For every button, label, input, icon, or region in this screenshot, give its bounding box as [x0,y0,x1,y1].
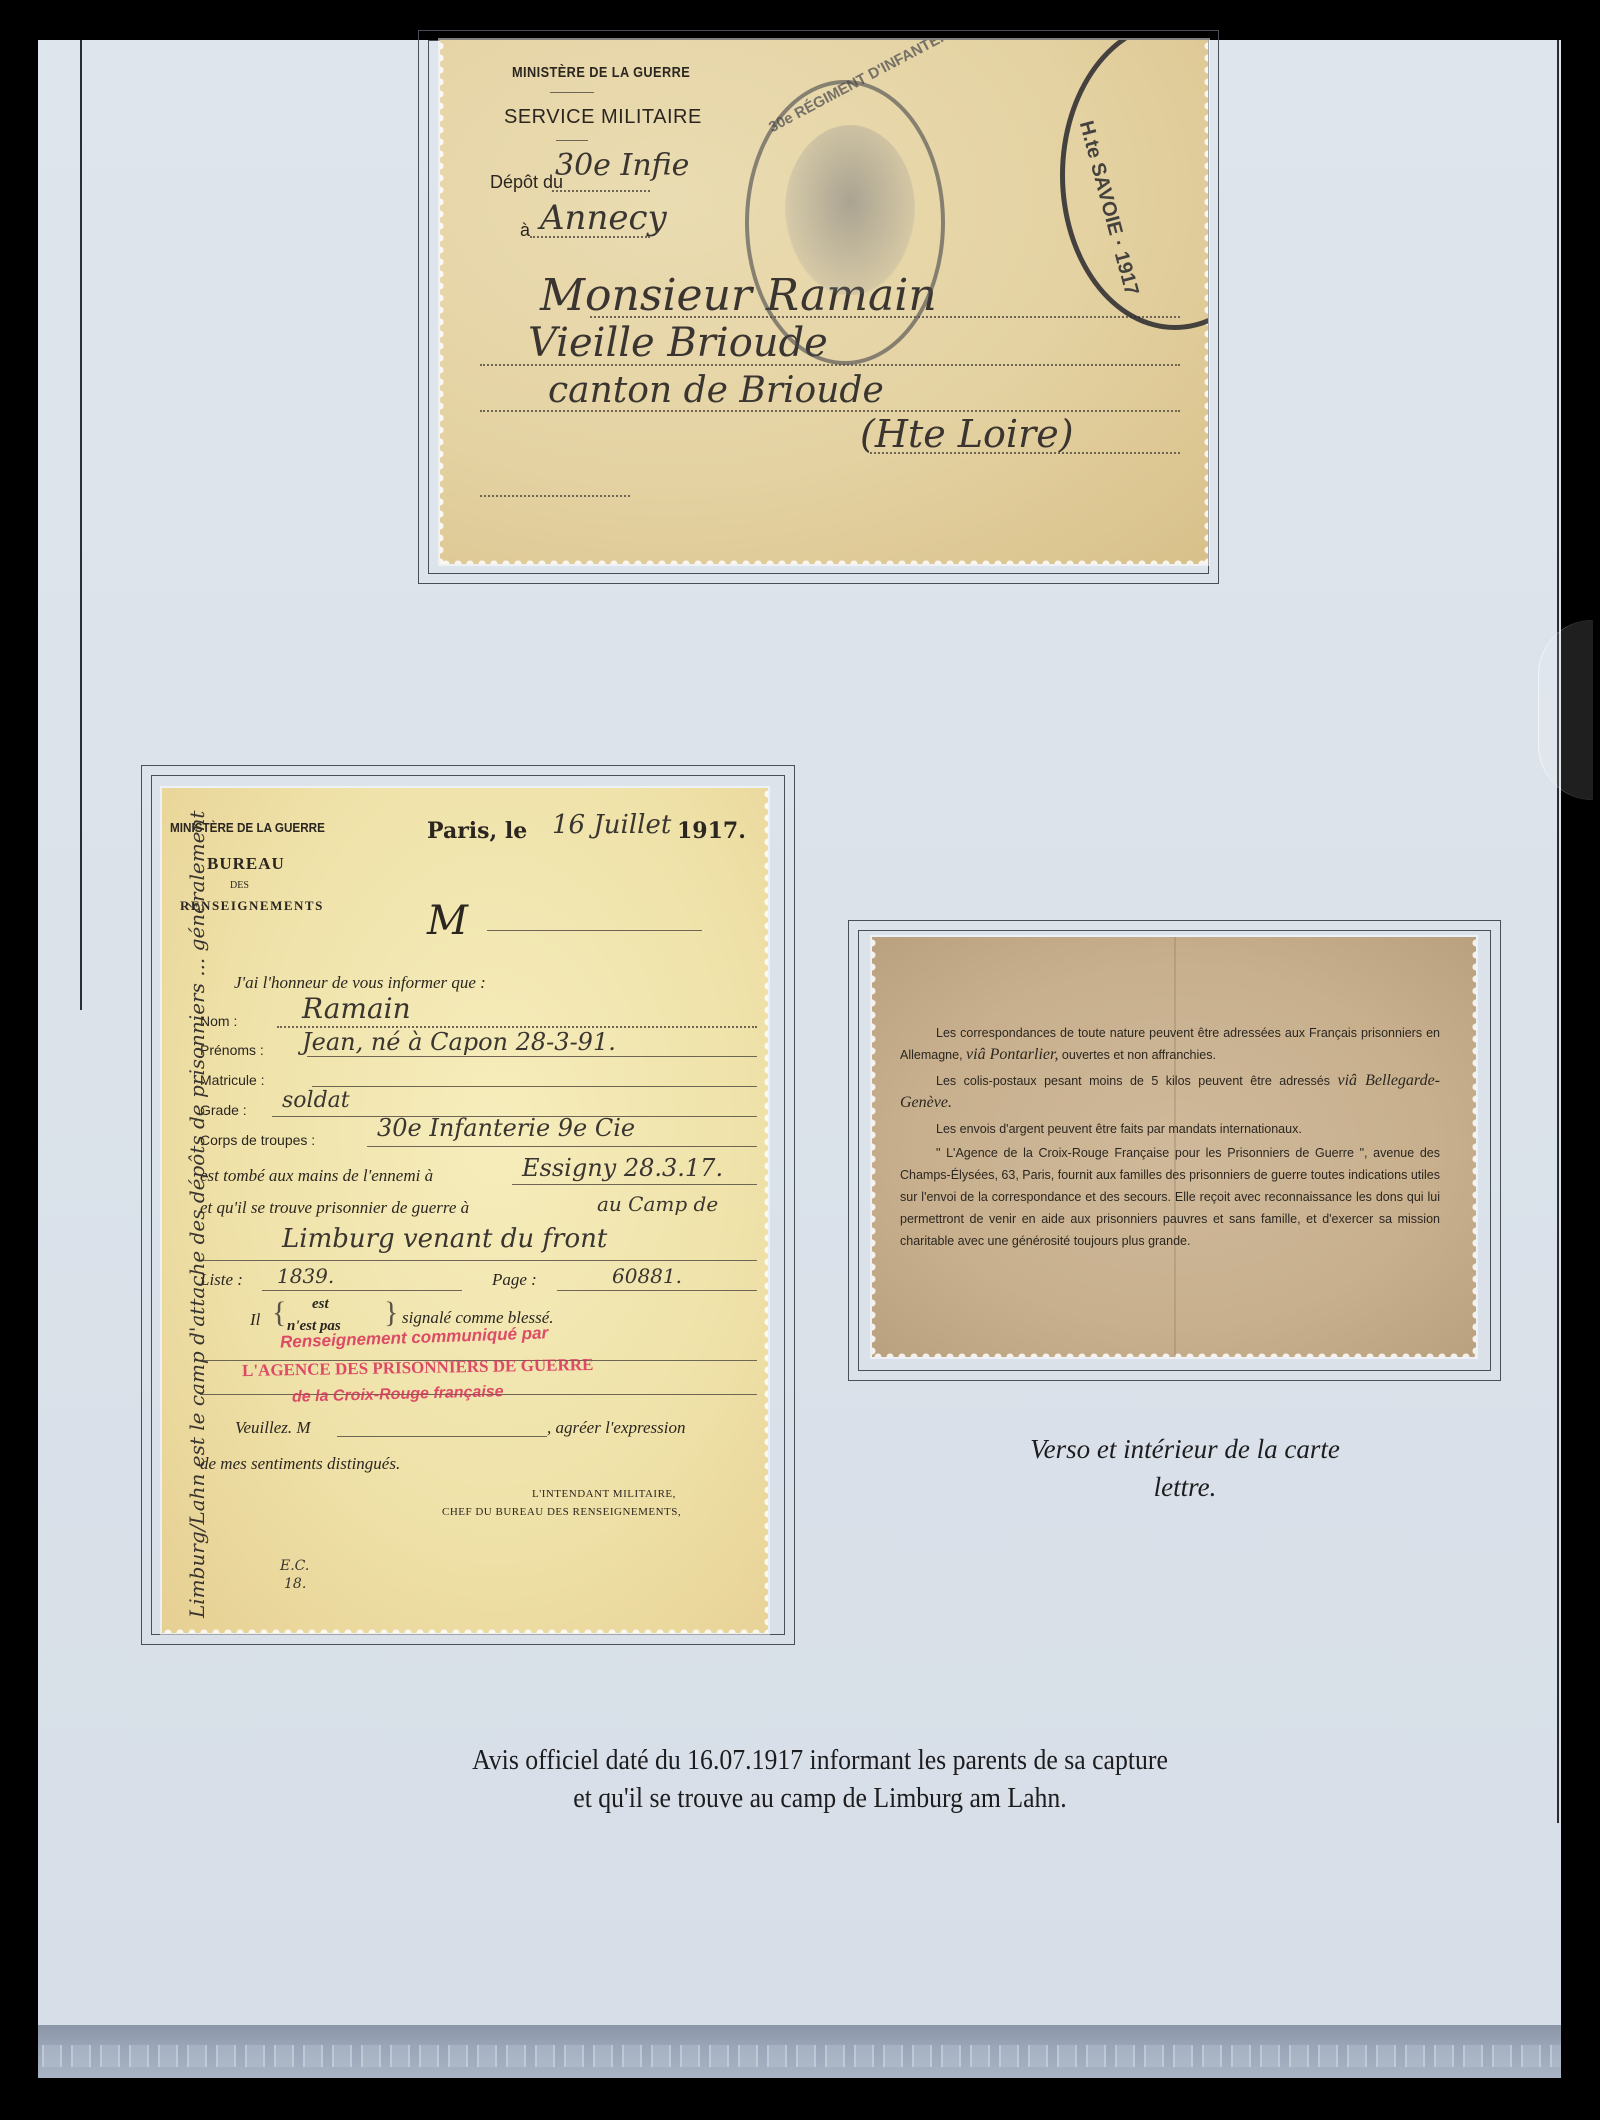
field-value-prenoms: Jean, né à Capon 28-3-91. [302,1028,616,1056]
salutation-line [487,930,702,931]
field-line-prenoms [307,1056,757,1057]
depot-line [552,190,650,192]
wounded-est: est [312,1296,329,1313]
date-prefix: Paris, le [427,818,527,844]
main-caption-line-2: et qu'il se trouve au camp de Limburg am… [369,1780,1271,1818]
red-stamp-line-3: de la Croix-Rouge française [292,1383,504,1407]
card-perforation-bottom [440,554,1208,564]
page-value: 60881. [612,1264,682,1288]
verso-card: Les correspondances de toute nature peuv… [872,937,1476,1357]
salutation-m: M [427,898,468,944]
notice-des: DES [230,880,249,891]
date-handwritten: 16 Juillet [552,810,671,840]
captured-value: Essigny 28.3.17. [522,1154,723,1182]
liste-value: 1839. [277,1264,334,1288]
prisoner-text: et qu'il se trouve prisonnier de guerre … [200,1198,469,1218]
service-heading: SERVICE MILITAIRE [504,106,702,129]
upper-card-front: MINISTÈRE DE LA GUERRE SERVICE MILITAIRE… [440,40,1208,564]
margin-handwritten-note: Limburg/Lahn est le camp d'attache des d… [180,798,214,1618]
closing-veuillez: Veuillez. M [235,1418,311,1438]
wounded-brace-left: { [272,1296,286,1330]
address-rule-2 [480,364,1180,366]
captured-line [512,1184,757,1185]
notice-bureau: BUREAU [207,854,285,874]
field-value-corps: 30e Infanterie 9e Cie [377,1114,635,1142]
card-perforation-bottom [162,1623,768,1633]
red-stamp-line-2: L'AGENCE DES PRISONNIERS DE GUERRE [242,1355,594,1381]
intro-text: J'ai l'honneur de vous informer que : [234,973,486,993]
closing-sentiments: de mes sentiments distingués. [200,1454,400,1474]
verso-paragraph-4: " L'Agence de la Croix-Rouge Française p… [900,1142,1440,1252]
binding-holes [38,2045,1561,2067]
address-line-4: (Hte Loire) [860,412,1074,456]
a-label: à [520,220,530,241]
signature-line-2: CHEF DU BUREAU DES RENSEIGNEMENTS, [442,1506,681,1518]
captured-text: est tombé aux mains de l'ennemi à [200,1166,433,1186]
sheet-protector-binding-strip [38,2025,1561,2078]
verso-text-block: Les correspondances de toute nature peuv… [900,1022,1440,1252]
field-value-nom: Ramain [302,992,411,1025]
verso-paragraph-1: Les correspondances de toute nature peuv… [900,1022,1440,1066]
address-line-3: canton de Brioude [548,370,884,411]
initials-1: E.C. [280,1558,309,1574]
marianne-emblem [785,125,915,295]
page-line [557,1290,757,1291]
depot-value: 30e Infie [555,148,689,183]
verso-paragraph-2: Les colis-postaux pesant moins de 5 kilo… [900,1070,1440,1114]
notice-card: MINISTÈRE DE LA GUERRE BUREAU DES RENSEI… [162,788,768,1633]
wounded-brace-right: } [384,1296,398,1330]
closing-agreer: , agréer l'expression [547,1418,686,1438]
camp-value: Limburg venant du front [282,1224,607,1254]
card-perforation-right [758,788,768,1633]
address-rule-5 [480,495,630,497]
a-line [530,236,650,238]
main-caption: Avis officiel daté du 16.07.1917 informa… [369,1742,1271,1818]
verso-caption-line-1: Verso et intérieur de la carte [960,1430,1410,1468]
card-perforation-right [1466,937,1476,1357]
card-perforation-left [872,937,882,1357]
a-value: Annecy [540,198,667,238]
date-year: 1917. [677,818,746,844]
liste-line [262,1290,462,1291]
card-perforation-left [440,40,450,564]
field-line-corps [367,1146,757,1147]
field-label-corps: Corps de troupes : [200,1132,315,1148]
page-right-rule [1557,40,1559,1823]
verso-caption-line-2: lettre. [960,1468,1410,1506]
verso-paragraph-3: Les envois d'argent peuvent être faits p… [900,1118,1440,1140]
field-value-grade: soldat [282,1088,350,1113]
page-label: Page : [492,1270,537,1290]
wounded-il: Il [250,1310,260,1330]
sheet-protector-edge [1538,620,1593,800]
closing-line [337,1436,547,1437]
page-left-rule [80,40,82,1010]
service-divider [556,140,588,141]
field-line-matricule [312,1086,757,1087]
ministry-heading: MINISTÈRE DE LA GUERRE [512,64,690,81]
verso-caption: Verso et intérieur de la carte lettre. [960,1430,1410,1506]
address-rule-4 [870,452,1180,454]
main-caption-line-1: Avis officiel daté du 16.07.1917 informa… [369,1742,1271,1780]
heading-divider [550,92,594,93]
prisoner-value: au Camp de [597,1192,718,1216]
initials-2: 18. [284,1576,306,1592]
address-rule-3 [480,410,1180,412]
camp-line [200,1260,757,1261]
signature-line-1: L'INTENDANT MILITAIRE, [532,1488,676,1500]
